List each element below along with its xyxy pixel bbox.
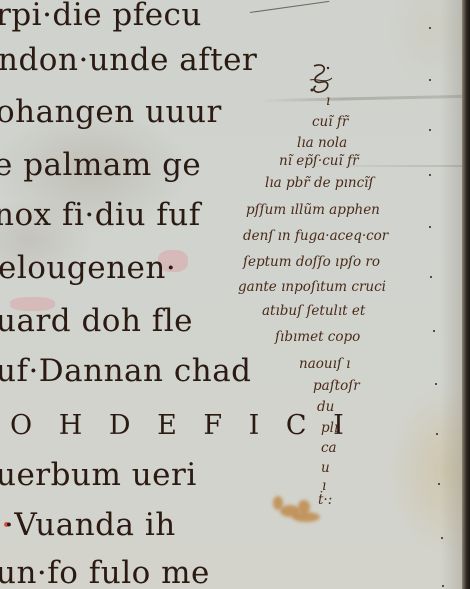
gloss-line: ca	[321, 442, 337, 456]
gloss-line: du	[317, 401, 334, 415]
main-text-line: uerbum ueri	[0, 460, 197, 491]
gloss-line: atıbuſ ſetulıt et	[262, 305, 365, 319]
ink-stain	[298, 500, 310, 514]
pricking-hole	[435, 383, 437, 385]
parchment-scratch	[250, 1, 329, 13]
pricking-hole	[429, 27, 431, 29]
gloss-line: nı̃ ep̃ſ·cuı̃ fr̃	[279, 155, 359, 169]
main-text-line: ohangen uuur	[0, 97, 222, 128]
pricking-hole	[429, 174, 431, 176]
manuscript-page: rpi·die pfecu ndon·unde after ohangen uu…	[0, 0, 470, 589]
pricking-hole	[430, 276, 432, 278]
decorative-flourish-icon	[306, 60, 336, 100]
gutter-shadow	[440, 0, 462, 589]
gloss-line: cuı̃ fr̃	[312, 116, 348, 130]
main-text-line: ndon·unde after	[0, 45, 257, 76]
gloss-line: u	[321, 462, 330, 476]
binding-gutter	[462, 0, 470, 589]
pricking-hole	[436, 433, 438, 435]
pricking-hole	[429, 129, 431, 131]
main-text-line: nox fi·diu fuf	[0, 200, 201, 231]
gloss-line: ſeptum doſſo ıpſo ro	[243, 256, 380, 270]
gloss-line: pſſum ıllũm apphen	[246, 204, 380, 218]
gloss-line: naouıſ ı	[299, 358, 351, 372]
gloss-line: lıa nola	[297, 137, 347, 151]
pricking-hole	[429, 226, 431, 228]
gloss-line: ſıbımet copo	[275, 331, 360, 345]
main-text-line-capitals: O H D E F I C I	[10, 412, 353, 439]
main-text-line: ·Vuanda ih	[4, 510, 176, 541]
parchment-fold	[260, 95, 470, 102]
main-text-line: elougenen·	[0, 253, 176, 284]
main-text-line: uard doh fle	[0, 306, 193, 337]
main-text-line: e palmam ge	[0, 150, 201, 181]
gloss-line: denſ ın fuga·aceq·cor	[243, 230, 388, 244]
gloss-line: plı	[321, 422, 338, 436]
main-text-line: uf·Dannan chad	[0, 356, 252, 387]
pricking-hole	[433, 330, 435, 332]
pricking-hole	[429, 79, 431, 81]
gloss-line: gante ınpoſıtum cruci	[238, 281, 386, 295]
main-text-line: un·fo fulo me	[0, 558, 210, 589]
gloss-line: paſtoſr	[313, 380, 360, 394]
gloss-line: ı	[326, 95, 330, 109]
main-text-line: rpi·die pfecu	[0, 0, 202, 31]
gloss-line: lıa pbr̃ de pıncı̃ſ	[265, 177, 373, 191]
gloss-line: ṫ·:	[318, 494, 332, 508]
